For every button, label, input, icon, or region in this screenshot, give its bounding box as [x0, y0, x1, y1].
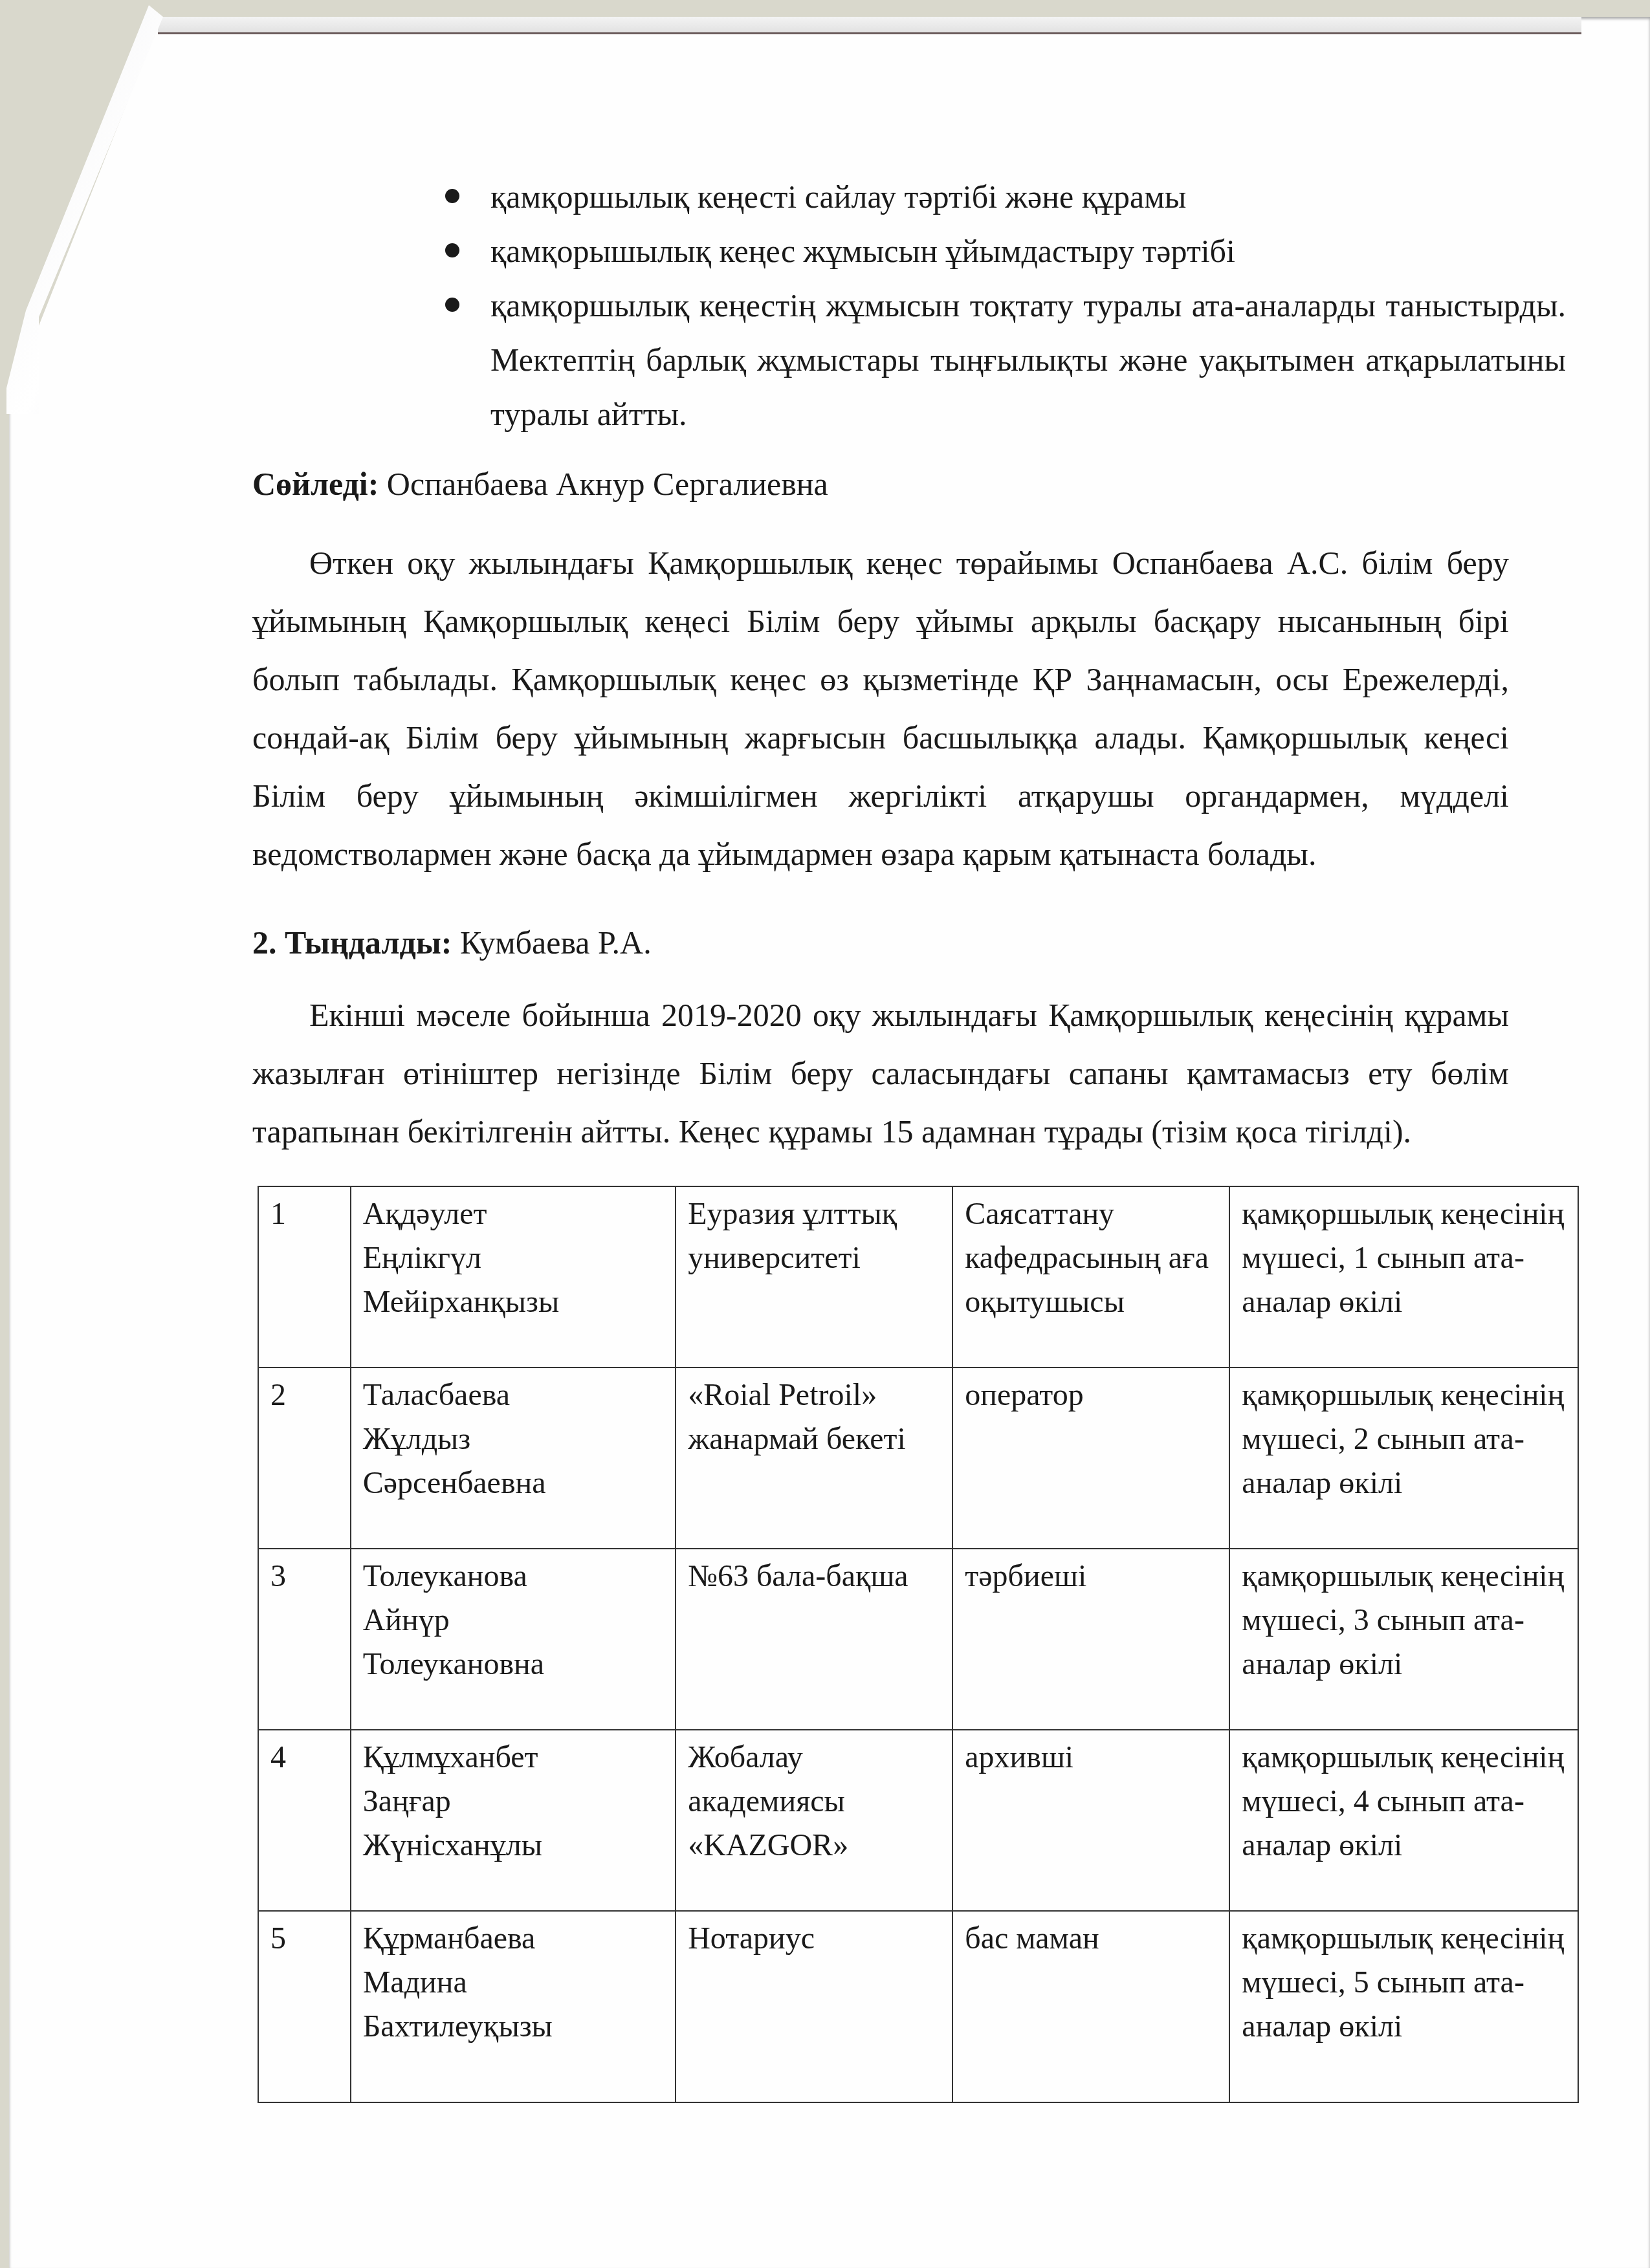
member-organization: №63 бала-бақша — [676, 1549, 952, 1730]
section2-heading: 2. Тыңдалды: Кумбаева Р.А. — [252, 923, 652, 962]
member-role: қамқоршылық кеңесінің мүшесі, 2 сынып ат… — [1229, 1368, 1578, 1549]
bullet-icon — [445, 298, 459, 312]
speaker-paragraph: Өткен оқу жылындағы Қамқоршылық кеңес тө… — [252, 534, 1509, 883]
member-name: Ақдәулет Еңлікгүл Мейірханқызы — [351, 1186, 676, 1368]
table-row: 1 Ақдәулет Еңлікгүл Мейірханқызы Еуразия… — [258, 1186, 1578, 1368]
member-position: оператор — [952, 1368, 1229, 1549]
member-position: Саясаттану кафедрасының аға оқытушысы — [952, 1186, 1229, 1368]
member-role: қамқоршылық кеңесінің мүшесі, 1 сынып ат… — [1229, 1186, 1578, 1368]
agenda-bullet-list: қамқоршылық кеңесті сайлау тәртібі және … — [440, 169, 1566, 441]
member-organization: «Roial Petroil» жанармай бекеті — [676, 1368, 952, 1549]
member-organization: Еуразия ұлттық университеті — [676, 1186, 952, 1368]
bullet-item: қамқоршылық кеңестің жұмысын тоқтату тур… — [440, 278, 1566, 441]
council-members-table: 1 Ақдәулет Еңлікгүл Мейірханқызы Еуразия… — [258, 1186, 1579, 2103]
row-number: 2 — [258, 1368, 351, 1549]
table-row: 3 Толеуканова Айнүр Толеукановна №63 бал… — [258, 1549, 1578, 1730]
speaker-name: Оспанбаева Акнур Сергалиевна — [387, 466, 828, 502]
member-name: Таласбаева Жұлдыз Сәрсенбаевна — [351, 1368, 676, 1549]
bullet-item: қамқорышылық кеңес жұмысын ұйымдастыру т… — [440, 224, 1566, 278]
member-position: тәрбиеші — [952, 1549, 1229, 1730]
table-row: 4 Құлмұханбет Заңғар Жүнісханұлы Жобалау… — [258, 1730, 1578, 1911]
row-number: 3 — [258, 1549, 351, 1730]
bullet-item: қамқоршылық кеңесті сайлау тәртібі және … — [440, 169, 1566, 224]
member-position: бас маман — [952, 1911, 1229, 2102]
row-number: 5 — [258, 1911, 351, 2102]
section2-paragraph: Екінші мәселе бойынша 2019-2020 оқу жылы… — [252, 986, 1509, 1161]
table-row: 5 Құрманбаева Мадина Бахтилеуқызы Нотари… — [258, 1911, 1578, 2102]
section2-label: 2. Тыңдалды: — [252, 924, 452, 961]
member-role: қамқоршылық кеңесінің мүшесі, 5 сынып ат… — [1229, 1911, 1578, 2102]
member-name: Құлмұханбет Заңғар Жүнісханұлы — [351, 1730, 676, 1911]
bullet-icon — [445, 189, 459, 203]
document-content: қамқоршылық кеңесті сайлау тәртібі және … — [0, 0, 1650, 2268]
row-number: 1 — [258, 1186, 351, 1368]
bullet-icon — [445, 243, 459, 257]
member-role: қамқоршылық кеңесінің мүшесі, 4 сынып ат… — [1229, 1730, 1578, 1911]
speaker-heading: Сөйледі: Оспанбаева Акнур Сергалиевна — [252, 464, 828, 503]
member-name: Толеуканова Айнүр Толеукановна — [351, 1549, 676, 1730]
member-organization: Нотариус — [676, 1911, 952, 2102]
member-position: архивші — [952, 1730, 1229, 1911]
member-organization: Жобалау академиясы «KAZGOR» — [676, 1730, 952, 1911]
section2-name: Кумбаева Р.А. — [460, 924, 652, 961]
member-name: Құрманбаева Мадина Бахтилеуқызы — [351, 1911, 676, 2102]
table-row: 2 Таласбаева Жұлдыз Сәрсенбаевна «Roial … — [258, 1368, 1578, 1549]
row-number: 4 — [258, 1730, 351, 1911]
member-role: қамқоршылық кеңесінің мүшесі, 3 сынып ат… — [1229, 1549, 1578, 1730]
speaker-label: Сөйледі: — [252, 466, 379, 502]
